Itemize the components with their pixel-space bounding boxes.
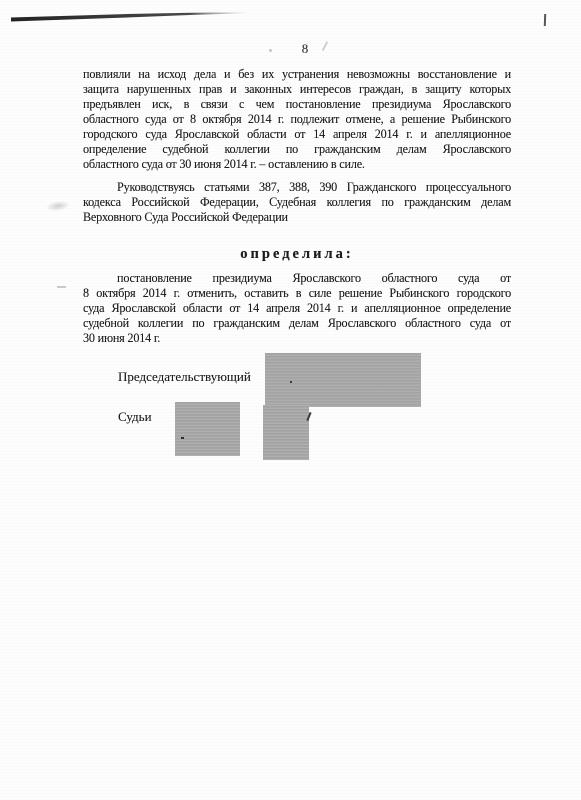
text-line: предъявлен иск, в связи с чем постановле…	[83, 97, 511, 112]
redacted-presiding-signature-block	[265, 353, 421, 407]
text-line: Верховного Суда Российской Федерации	[83, 210, 511, 225]
paragraph-operative-part: постановление президиума Ярославского об…	[83, 271, 511, 346]
page-number: 8	[298, 42, 312, 56]
ruling-heading: определила:	[83, 246, 511, 262]
paragraph-reasoning: повлияли на исход дела и без их устранен…	[83, 67, 511, 172]
text-line: определение судебной коллегии по граждан…	[83, 142, 511, 157]
text-line: областного суда от 30 июня 2014 г. – ост…	[83, 157, 511, 172]
text-line: защита нарушенных прав и законных интере…	[83, 82, 511, 97]
redacted-judge-signature-block-2	[175, 402, 240, 456]
scan-artifact-tick	[544, 14, 546, 26]
scan-speck-icon	[57, 286, 66, 288]
scan-artifact-top-line	[0, 0, 300, 30]
scanned-court-ruling-page: 8 повлияли на исход дела и без их устран…	[0, 0, 581, 800]
scan-speck-icon	[322, 41, 328, 51]
text-line: суда Ярославской области от 14 апреля 20…	[83, 301, 511, 316]
text-line: Руководствуясь статьями 387, 388, 390 Гр…	[83, 180, 511, 195]
text-line: постановление президиума Ярославского об…	[83, 271, 511, 286]
presiding-judge-label: Председательствующий	[118, 369, 251, 384]
text-line: повлияли на исход дела и без их устранен…	[83, 67, 511, 82]
text-line: 8 октября 2014 г. отменить, оставить в с…	[83, 286, 511, 301]
text-line: областного суда от 8 октября 2014 г. под…	[83, 112, 511, 127]
scan-speck-icon	[269, 49, 272, 52]
text-line: судебной коллегии по гражданским делам Я…	[83, 316, 511, 331]
paragraph-legal-basis: Руководствуясь статьями 387, 388, 390 Гр…	[83, 180, 511, 225]
text-line: городского суда Ярославской области от 1…	[83, 127, 511, 142]
text-line: 30 июня 2014 г.	[83, 331, 511, 346]
redacted-judge-signature-block-1	[263, 405, 309, 460]
text-line: кодекса Российской Федерации, Судебная к…	[83, 195, 511, 210]
judges-label: Судьи	[118, 409, 152, 424]
scan-smudge-icon	[45, 199, 70, 212]
